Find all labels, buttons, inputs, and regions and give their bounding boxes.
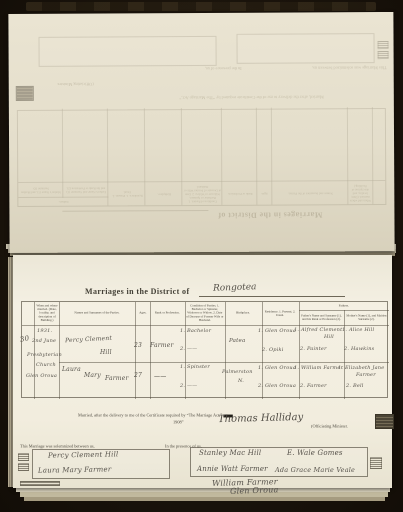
entry-groom-name: Hill <box>100 349 112 356</box>
witness-residence: Glen Oroua <box>230 485 279 496</box>
witness-signature: E. Wale Gomes <box>287 449 343 457</box>
margin-note <box>378 51 389 59</box>
minister-clause: Married, after the delivery to me of the… <box>179 94 323 99</box>
district-rule <box>199 296 345 297</box>
column-header-father: Father's Name and Surname (1), and his R… <box>64 186 107 193</box>
entry-mother: 1. Alice Hill <box>342 327 374 333</box>
minister-clause-text: Married, after the delivery to me of the… <box>78 414 222 418</box>
witness-signature: Ada Grace Marie Veale <box>275 466 355 474</box>
margin-note <box>370 457 382 469</box>
column-header-names: Names and Surnames of the Parties. <box>61 312 134 316</box>
column-header-when: When and where married. (Date, locality,… <box>35 305 59 323</box>
entry-father: 1. Alfred Clement <box>294 327 342 333</box>
column-header-condition: Condition of Parties. 1. Bachelor or Spi… <box>183 184 221 202</box>
officiating-minister-label: (Officiating Minister. <box>57 81 94 86</box>
witness-signature: Stanley Mac Hill <box>199 449 261 457</box>
entry-condition: 1. Spinster <box>180 364 210 370</box>
verso-page: Marriages in the District of When and wh… <box>8 12 394 253</box>
column-header-when: When and where married. (Date, locality,… <box>349 184 373 202</box>
entry-rank: —— <box>154 373 166 380</box>
marriage-act-year: 1908” <box>173 421 184 425</box>
margin-note <box>18 453 29 461</box>
minister-signature: Thomas Halliday <box>218 412 303 425</box>
entry-father: 1. William Farmer <box>294 365 343 371</box>
entry-residence: 1. Glen Oroua <box>258 328 296 334</box>
solemnized-label: This Marriage was solemnized between us, <box>312 65 387 70</box>
witness-signature: Annie Watt Farmer <box>197 465 268 473</box>
entry-bride-name: Mary <box>84 372 101 379</box>
entry-when: Church <box>36 362 56 368</box>
column-header-birthplace: Birthplace. <box>146 192 181 196</box>
column-header-names: Names and Surnames of the Parties. <box>274 191 347 195</box>
recto-page: Marriages in the District of Rongotea Wh… <box>13 255 392 488</box>
column-header-residence: Residence. 1. Present. 2. Usual. <box>263 310 298 317</box>
register-table-blank: When and where married. (Date, locality,… <box>17 108 387 207</box>
verso-form-flipped: Marriages in the District of When and wh… <box>8 12 394 253</box>
minister-clause: Married, after the delivery to me of the… <box>78 414 233 418</box>
entry-when: Glen Oroua <box>26 373 57 379</box>
column-header-ages: Ages. <box>258 191 272 195</box>
officiating-minister-label: (Officiating Minister. <box>311 425 348 429</box>
register-table: When and where married. (Date, locality,… <box>21 301 388 398</box>
entry-birthplace: Patea <box>229 338 245 344</box>
groom-signature: Percy Clement Hill <box>48 450 119 459</box>
parties-signature-box <box>236 33 374 64</box>
margin-note <box>20 481 60 486</box>
entry-father: 2. Painter <box>300 346 327 352</box>
title-row: Marriages in the District of Rongotea <box>13 285 392 297</box>
margin-note <box>375 414 394 429</box>
witnesses-signature-box <box>38 36 216 67</box>
entry-father: 2. Farmer <box>300 383 327 389</box>
entry-residence: 2. Glen Oroua <box>258 383 296 389</box>
entry-when: Presbyterian <box>27 352 62 358</box>
entry-mother: Farmer <box>356 372 376 378</box>
entry-age: 27 <box>134 372 142 379</box>
column-header-fathers: Fathers. <box>301 304 387 308</box>
column-header-rank: Rank or Profession. <box>223 191 257 195</box>
entry-birthplace: Palmerston <box>222 369 253 375</box>
presence-label: In the presence of us, <box>205 66 242 71</box>
column-header-fathers: Fathers. <box>20 200 106 204</box>
column-header-mother: Mother's Name (1), and Maiden Surname (2… <box>345 314 388 321</box>
entry-mother: 2. Bell <box>346 383 364 389</box>
margin-note <box>18 463 29 471</box>
entry-when: 2nd June <box>32 338 56 344</box>
page-title: Marriages in the District of <box>218 210 323 220</box>
entry-rank: Farmer <box>150 342 174 349</box>
entry-when: 1931. <box>37 328 52 334</box>
entry-age: 23 <box>134 342 142 349</box>
margin-note <box>378 41 389 49</box>
column-header-father: Father's Name and Surname (1), and his R… <box>300 314 343 321</box>
column-header-ages: Ages. <box>135 312 149 316</box>
register-book-photo: Marriages in the District of When and wh… <box>0 0 403 512</box>
entry-condition: 2. —— <box>180 346 197 352</box>
entry-mother: 2. Hawkins <box>344 346 374 352</box>
entry-residence: 2. Opiki <box>262 347 284 353</box>
district-name: Rongotea <box>213 282 257 294</box>
entry-mother: 1. Elizabeth Jane <box>338 365 384 371</box>
column-header-residence: Residence. 1. Present. 2. Usual. <box>109 190 144 197</box>
margin-note <box>16 86 34 101</box>
column-header-mother: Mother's Name (1), and Maiden Surname (2… <box>19 187 62 194</box>
bride-signature: Laura Mary Farmer <box>38 465 112 474</box>
page-edges <box>24 497 385 501</box>
district-rule <box>62 210 208 212</box>
column-header-birthplace: Birthplace. <box>226 312 261 316</box>
entry-father: Hill <box>324 334 334 340</box>
page-title: Marriages in the District of <box>85 287 190 296</box>
entry-residence: 1. Glen Oroua <box>258 365 296 371</box>
entry-birthplace: N. <box>238 378 244 384</box>
column-header-rank: Rank or Profession. <box>151 312 184 316</box>
entry-condition: 2. —— <box>180 383 197 389</box>
entry-bride-name: Laura <box>62 366 81 373</box>
book-top-edge <box>26 2 376 11</box>
entry-bride-name: Farmer <box>105 375 129 382</box>
column-header-condition: Condition of Parties. 1. Bachelor or Spi… <box>186 305 224 323</box>
entry-condition: 1. Bachelor <box>180 328 211 334</box>
